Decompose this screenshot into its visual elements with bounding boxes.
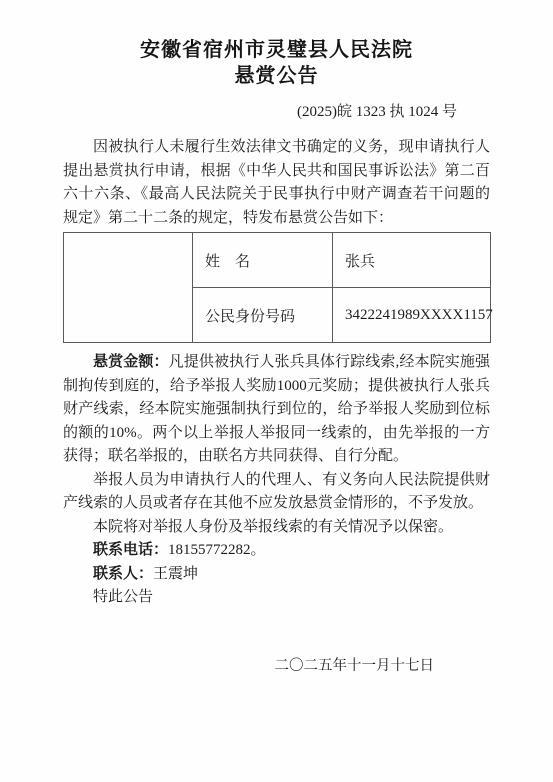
contact-label: 联系人： <box>93 566 153 582</box>
announcement-page: 安徽省宿州市灵璧县人民法院 悬赏公告 (2025)皖 1323 执 1024 号… <box>0 0 553 782</box>
reward-amount-label: 悬赏金额： <box>93 354 169 370</box>
phone-value: 18155772282。 <box>168 542 266 558</box>
reward-amount-text: 凡提供被执行人张兵具体行踪线索,经本院实施强制拘传到庭的，给予举报人奖励1000… <box>63 354 490 464</box>
announcement-date: 二〇二五年十一月十七日 <box>63 656 434 676</box>
reward-paragraph: 悬赏金额：凡提供被执行人张兵具体行踪线索,经本院实施强制拘传到庭的，给予举报人奖… <box>63 351 490 469</box>
name-value-cell: 张兵 <box>333 233 491 288</box>
contact-value: 王震坤 <box>153 566 198 582</box>
phone-label: 联系电话： <box>93 542 168 558</box>
table-row: 姓 名 张兵 <box>64 233 491 288</box>
table-empty-cell <box>64 233 193 343</box>
id-label-cell: 公民身份号码 <box>193 288 333 343</box>
confidentiality-paragraph: 本院将对举报人身份及举报线索的有关情况予以保密。 <box>63 516 490 540</box>
intro-paragraph: 因被执行人未履行生效法律文书确定的义务，现申请执行人提出悬赏执行申请，根据《中华… <box>63 136 490 230</box>
subject-table: 姓 名 张兵 公民身份号码 3422241989XXXX1157 <box>63 232 491 343</box>
case-number: (2025)皖 1323 执 1024 号 <box>63 102 457 122</box>
document-title: 悬赏公告 <box>63 63 490 89</box>
phone-line: 联系电话：18155772282。 <box>63 539 490 563</box>
exclusion-paragraph: 举报人员为申请执行人的代理人、有义务向人民法院提供财产线索的人员或者存在其他不应… <box>63 469 490 516</box>
court-name: 安徽省宿州市灵璧县人民法院 <box>63 37 490 63</box>
closing-line: 特此公告 <box>63 586 490 610</box>
name-label-cell: 姓 名 <box>193 233 333 288</box>
contact-line: 联系人：王震坤 <box>63 563 490 587</box>
id-value-cell: 3422241989XXXX1157 <box>333 288 491 343</box>
